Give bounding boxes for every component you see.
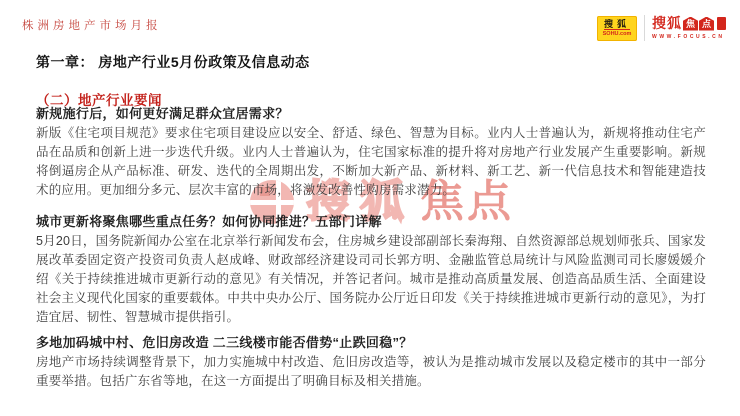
sohu-logo-icon: 搜狐 SOHU.com [597, 16, 637, 41]
article-heading: 新规施行后，如何更好满足群众宜居需求？ [36, 104, 706, 123]
article-body: 新版《住宅项目规范》要求住宅项目建设应以安全、舒适、绿色、智慧为目标。业内人士普… [36, 124, 706, 200]
house-glyph-icon: 焦 [683, 17, 698, 31]
article-urban-renewal: 城市更新将聚焦哪些重点任务？如何协同推进？五部门详解 5月20日，国务院新闻办公… [36, 212, 706, 327]
article-village-renovation: 多地加码城中村、危旧房改造 二三线楼市能否借势“止跌回稳”？ 房地产市场持续调整… [36, 333, 706, 391]
article-body: 5月20日，国务院新闻办公室在北京举行新闻发布会，住房城乡建设部副部长秦海翔、自… [36, 232, 706, 327]
focus-logo-prefix: 搜狐 [652, 16, 682, 31]
focus-url: WWW.FOCUS.CN [652, 34, 725, 40]
chapter-title: 第一章： 房地产行业5月份政策及信息动态 [36, 52, 310, 72]
article-heading: 多地加码城中村、危旧房改造 二三线楼市能否借势“止跌回稳”？ [36, 333, 706, 352]
sohu-focus-logo: 搜狐 SOHU.com 搜狐 焦 点 WWW.FOCUS.CN [597, 15, 726, 41]
focus-logo: 搜狐 焦 点 WWW.FOCUS.CN [652, 16, 726, 40]
article-new-regulations: 新规施行后，如何更好满足群众宜居需求？ 新版《住宅项目规范》要求住宅项目建设应以… [36, 104, 706, 200]
report-page: 搜狐 焦点 株洲房地产市场月报 搜狐 SOHU.com 搜狐 焦 点 WWW.F… [0, 0, 740, 416]
sohu-logo-cn: 搜狐 [604, 19, 630, 30]
logo-divider [644, 15, 645, 41]
article-body: 房地产市场持续调整背景下，加力实施城中村改造、危旧房改造等，被认为是推动城市发展… [36, 353, 706, 391]
sohu-logo-en: SOHU.com [603, 31, 632, 38]
report-title-label: 株洲房地产市场月报 [22, 17, 162, 33]
house-glyph-icon: 点 [699, 17, 714, 31]
article-heading: 城市更新将聚焦哪些重点任务？如何协同推进？五部门详解 [36, 212, 706, 231]
seal-badge-icon [717, 17, 726, 30]
